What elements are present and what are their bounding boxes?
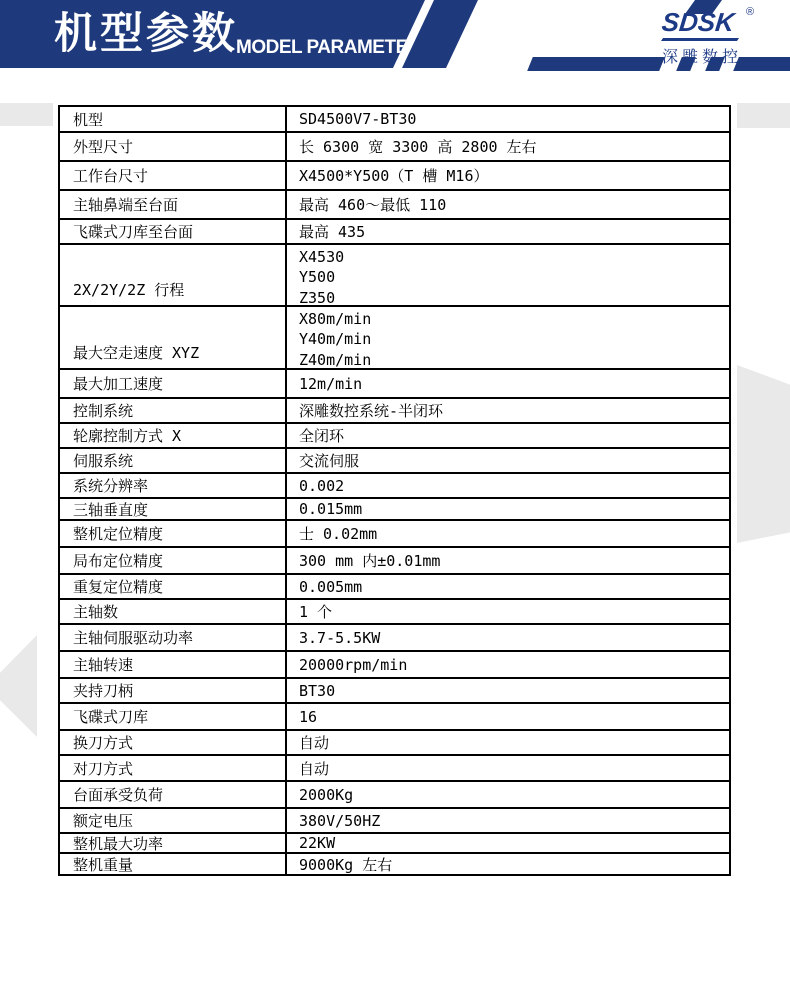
row-value: 最高 460～最低 110 [287,191,729,218]
row-label: 整机最大功率 [60,834,287,852]
row-label: 主轴伺服驱动功率 [60,625,287,650]
row-label: 三轴垂直度 [60,499,287,519]
table-row: 夹持刀柄BT30 [60,679,729,704]
table-row: 控制系统深雕数控系统-半闭环 [60,399,729,424]
table-row: 工作台尺寸X4500*Y500（T 槽 M16） [60,162,729,191]
table-row: 伺服系统交流伺服 [60,449,729,474]
registered-trademark-icon: ® [746,6,754,18]
table-row: 外型尺寸长 6300 宽 3300 高 2800 左右 [60,133,729,162]
row-label: 主轴鼻端至台面 [60,191,287,218]
row-label: 主轴转速 [60,652,287,677]
row-value-line: Z350 [299,288,729,308]
row-label: 系统分辨率 [60,474,287,497]
table-row: 换刀方式自动 [60,731,729,756]
row-value-line: Z40m/min [299,350,729,370]
table-row: 整机定位精度士 0.02mm [60,521,729,548]
row-label: 对刀方式 [60,756,287,780]
row-label: 轮廓控制方式 X [60,424,287,447]
header-bar-segment [527,57,665,71]
table-row: 台面承受负荷2000Kg [60,782,729,809]
row-label: 机型 [60,107,287,131]
table-row: 主轴鼻端至台面最高 460～最低 110 [60,191,729,220]
table-row: 系统分辨率0.002 [60,474,729,499]
page-title: 机型参数 [54,13,238,56]
row-label: 伺服系统 [60,449,287,472]
row-label: 额定电压 [60,809,287,832]
row-value: 0.002 [287,474,729,497]
brand-logo-chinese: 深雕数控 [662,44,772,67]
table-row: 飞碟式刀库至台面最高 435 [60,220,729,245]
row-value: 1 个 [287,600,729,623]
model-parameters-table: 机型SD4500V7-BT30外型尺寸长 6300 宽 3300 高 2800 … [58,105,731,876]
row-value: 300 mm 内±0.01mm [287,548,729,573]
row-value: 16 [287,704,729,729]
row-value: SD4500V7-BT30 [287,107,729,131]
page: 机型参数 MODEL PARAMETERS SDSK ® 深雕数控 机型SD45… [0,0,790,982]
row-value: 全闭环 [287,424,729,447]
row-value: 深雕数控系统-半闭环 [287,399,729,422]
table-row: 飞碟式刀库16 [60,704,729,731]
brand-logo-text: SDSK [661,9,736,35]
row-value: 自动 [287,731,729,754]
row-value: 交流伺服 [287,449,729,472]
row-value: X4500*Y500（T 槽 M16） [287,162,729,189]
row-value: 最高 435 [287,220,729,243]
table-row: 三轴垂直度0.015mm [60,499,729,521]
row-label: 最大加工速度 [60,370,287,397]
row-value: 20000rpm/min [287,652,729,677]
row-value: 士 0.02mm [287,521,729,546]
row-value: 长 6300 宽 3300 高 2800 左右 [287,133,729,160]
table-row: 机型SD4500V7-BT30 [60,107,729,133]
decor-gray-rect-left [0,103,53,126]
header-banner: 机型参数 MODEL PARAMETERS [0,0,430,68]
row-value: X4530Y500Z350 [287,245,729,305]
row-value: 12m/min [287,370,729,397]
table-row: 整机重量9000Kg 左右 [60,854,729,876]
row-label: 飞碟式刀库 [60,704,287,729]
row-label: 控制系统 [60,399,287,422]
row-label: 重复定位精度 [60,575,287,598]
decor-chevron-right [737,365,790,543]
table-row: 轮廓控制方式 X全闭环 [60,424,729,449]
decor-gray-rect-right [737,103,790,128]
row-value-line: X4530 [299,247,729,267]
row-label: 2X/2Y/2Z 行程 [60,245,287,305]
row-label: 局布定位精度 [60,548,287,573]
row-value: X80m/minY40m/minZ40m/min [287,307,729,368]
row-value: 2000Kg [287,782,729,807]
row-value: 3.7-5.5KW [287,625,729,650]
row-value: BT30 [287,679,729,702]
row-label: 整机定位精度 [60,521,287,546]
row-label: 台面承受负荷 [60,782,287,807]
logo-underline [661,38,739,41]
row-value-line: X80m/min [299,309,729,329]
table-row: 主轴数1 个 [60,600,729,625]
decor-chevron-left [0,635,37,737]
table-row: 整机最大功率22KW [60,834,729,854]
row-value: 9000Kg 左右 [287,854,729,874]
table-row: 对刀方式自动 [60,756,729,782]
row-value: 自动 [287,756,729,780]
table-row: 重复定位精度0.005mm [60,575,729,600]
row-label: 整机重量 [60,854,287,874]
table-row: 主轴伺服驱动功率3.7-5.5KW [60,625,729,652]
row-label: 工作台尺寸 [60,162,287,189]
row-label: 换刀方式 [60,731,287,754]
row-value: 22KW [287,834,729,852]
page-subtitle: MODEL PARAMETERS [236,38,433,57]
row-value: 0.005mm [287,575,729,598]
table-row: 额定电压380V/50HZ [60,809,729,834]
table-row: 最大空走速度 XYZX80m/minY40m/minZ40m/min [60,307,729,370]
row-value: 380V/50HZ [287,809,729,832]
table-row: 2X/2Y/2Z 行程X4530Y500Z350 [60,245,729,307]
row-label: 主轴数 [60,600,287,623]
row-value-line: Y40m/min [299,329,729,349]
row-value-line: Y500 [299,267,729,287]
table-row: 主轴转速20000rpm/min [60,652,729,679]
row-label: 飞碟式刀库至台面 [60,220,287,243]
row-value: 0.015mm [287,499,729,519]
row-label: 最大空走速度 XYZ [60,307,287,368]
row-label: 夹持刀柄 [60,679,287,702]
brand-logo: SDSK ® 深雕数控 [662,9,772,67]
table-row: 局布定位精度300 mm 内±0.01mm [60,548,729,575]
table-row: 最大加工速度12m/min [60,370,729,399]
row-label: 外型尺寸 [60,133,287,160]
